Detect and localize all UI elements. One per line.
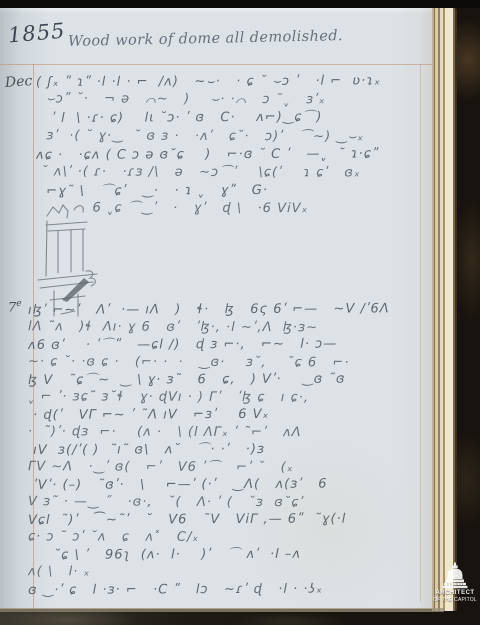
margin-day-suffix: e	[16, 299, 21, 309]
manuscript-photo: 1855 Wood work of dome all demolished. D…	[0, 0, 480, 625]
margin-day-label: 7e	[8, 299, 22, 315]
watermark-line1: ARCHITECT	[430, 590, 480, 597]
shorthand-line: V ɜ˜ · —‿ ˝ ·ɞ·, ˘( Λ· ʹ ( ˘ɜ ɞ˘ɕʹ	[28, 493, 458, 512]
aoc-watermark: ARCHITECT OF THE CAPITOL	[430, 562, 480, 603]
book-cover-top-edge	[0, 0, 480, 8]
shorthand-line: ˬ ⌐ ʹ· ɜɕ˜ ɜ˘ɬ ɣ· ɖVı · ) Γʹ ʹɮ ɕ ı ɕ·,	[28, 388, 458, 407]
shorthand-line: ɕ· ɔ ˘ ɔʹ ˘ʌ ɕ ʌ˟ C/ₓ	[28, 528, 458, 547]
shorthand-line: ( ʃₓ ʺ ɿʺ ·l ·l · ⌐ /ʌ) ~⌣· · ɕ ˘ ⌣ɔ ʹ ·…	[36, 73, 460, 92]
book-page-edges	[432, 8, 457, 611]
margin-month-label: Dec	[4, 73, 32, 91]
shorthand-line: ɮ V ˜ɕ⌒~ ‿ \ ɣ· ɜ˜ 6 ɕ, ) Vʹ· ‿ɞ ˜ɞ	[28, 370, 458, 389]
shorthand-line: ʌ6 ɞʹ · ʹ⌒ʺ —ɕl /) ɖ ɜ ⌐·, ⌐~ l· ɔ—	[28, 335, 458, 354]
year-label: 1855	[7, 19, 66, 48]
shorthand-line: ˘ɕ \ ʹ 96ʅ (ʌ· l· )ʹ ⌒ ʌʹ ·l –ʌ	[28, 545, 458, 564]
shorthand-line: ˘ ʌ\ʹ ·( ɾ· ·ɾɜ /\ ə ~ɔ⌒ʹ \ɕ(ʹ ɿ ɕʹ ɞₓ	[36, 163, 460, 183]
shorthand-block-2: ıɮʹ ⌐~ʹ Λʹ ·— ıΛ ) ɬ· ɮ 6ς 6ʹ ⌐— ~V /ʹ6Λ…	[28, 301, 458, 601]
shorthand-line: · ɖ(ʹ VΓ ⌐~ ʹ ˜Λ ıV ⌐ɜʹ 6 Vₓ	[28, 405, 458, 424]
book-cover-bottom-edge	[0, 612, 480, 625]
column-bracket-sketch	[34, 201, 114, 321]
shorthand-line: ıV ɜ(/ʹ( ) ˜ı˜ ɞ\ ʌ˘ ⌒· ·ʹ ·)ɜ	[28, 440, 458, 459]
shorthand-line: ʌ( \ l· ₓ	[28, 563, 458, 582]
page-heading-script: Wood work of dome all demolished.	[68, 28, 343, 50]
shorthand-line: ⌐ɣ˜ \ ⌒ɕʹ ‿· · ɿ ˬ ɣʺ G·	[36, 181, 460, 201]
shorthand-line: Vɕl ˜)ʹ ⁀~˜ʹ ˘ V6 ˜V ViΓ ,— 6ʺ ˜ɣ(·l	[28, 510, 458, 529]
header-rule-line	[0, 64, 432, 65]
shorthand-line: ~· ɕ ˘· ·ɞ ɕ · (⌐· · · ‿ɞ· ɜ˘, ˘ɕ 6 ⌐·	[28, 353, 458, 372]
shorthand-line: ʹVʹ· (–) ˜ɞʹ· \ ⌐—ʹ (·ʹ ‿Λ( ʌ(ɜʹ 6	[28, 475, 458, 494]
shorthand-line: · ˜)ʹ· ɖɜ ⌐· (ʌ · \ (l ΛΓₓ ʹ ˜⌐ʹ ʌΛ	[28, 423, 458, 442]
shorthand-line: ɜʹ ·( ˘ ɣ·‿ ˘ ɞ ɜ · ·ʌʹ ɕ˘· ɔ)ʹ ⌒~) ‿⌣ₓ	[36, 127, 460, 147]
shorthand-line: ⌣ɔʺ ˘· ¬ ə ⌒~ ) ⌣· ·⌒ ɔ ˘ˬ ɜʹₓ	[36, 90, 460, 110]
journal-page: 1855 Wood work of dome all demolished. D…	[0, 7, 433, 609]
shorthand-line: ʹ l \ ·ɾ· ɕ) lι ˘ɔ· ʹ ɞ C· ʌ⌐)‿ɕ⌒)	[36, 108, 460, 128]
shorthand-line: ɞ ‿·ʹ ɕ l ·ɜ· ⌐ ·C ʺ lɔ ~ɾʹ ɖ ·l · ·ʖₓ	[28, 580, 458, 599]
shorthand-line: ʌɕ · ·ɕʌ ( C ɔ ə ɞ˘ɕ ) ⌐·ɞ ˘ C ʹ —ˬ ˘ ɿ·…	[36, 145, 460, 165]
shorthand-line: ΓV ~Λ ·‿ʹ ɞ( ⌐ʹ V6 ʹ⌒ ⌐ʹ ˘ (ₓ	[28, 458, 458, 477]
watermark-line2: OF THE CAPITOL	[430, 597, 480, 603]
capitol-dome-icon	[442, 562, 468, 589]
